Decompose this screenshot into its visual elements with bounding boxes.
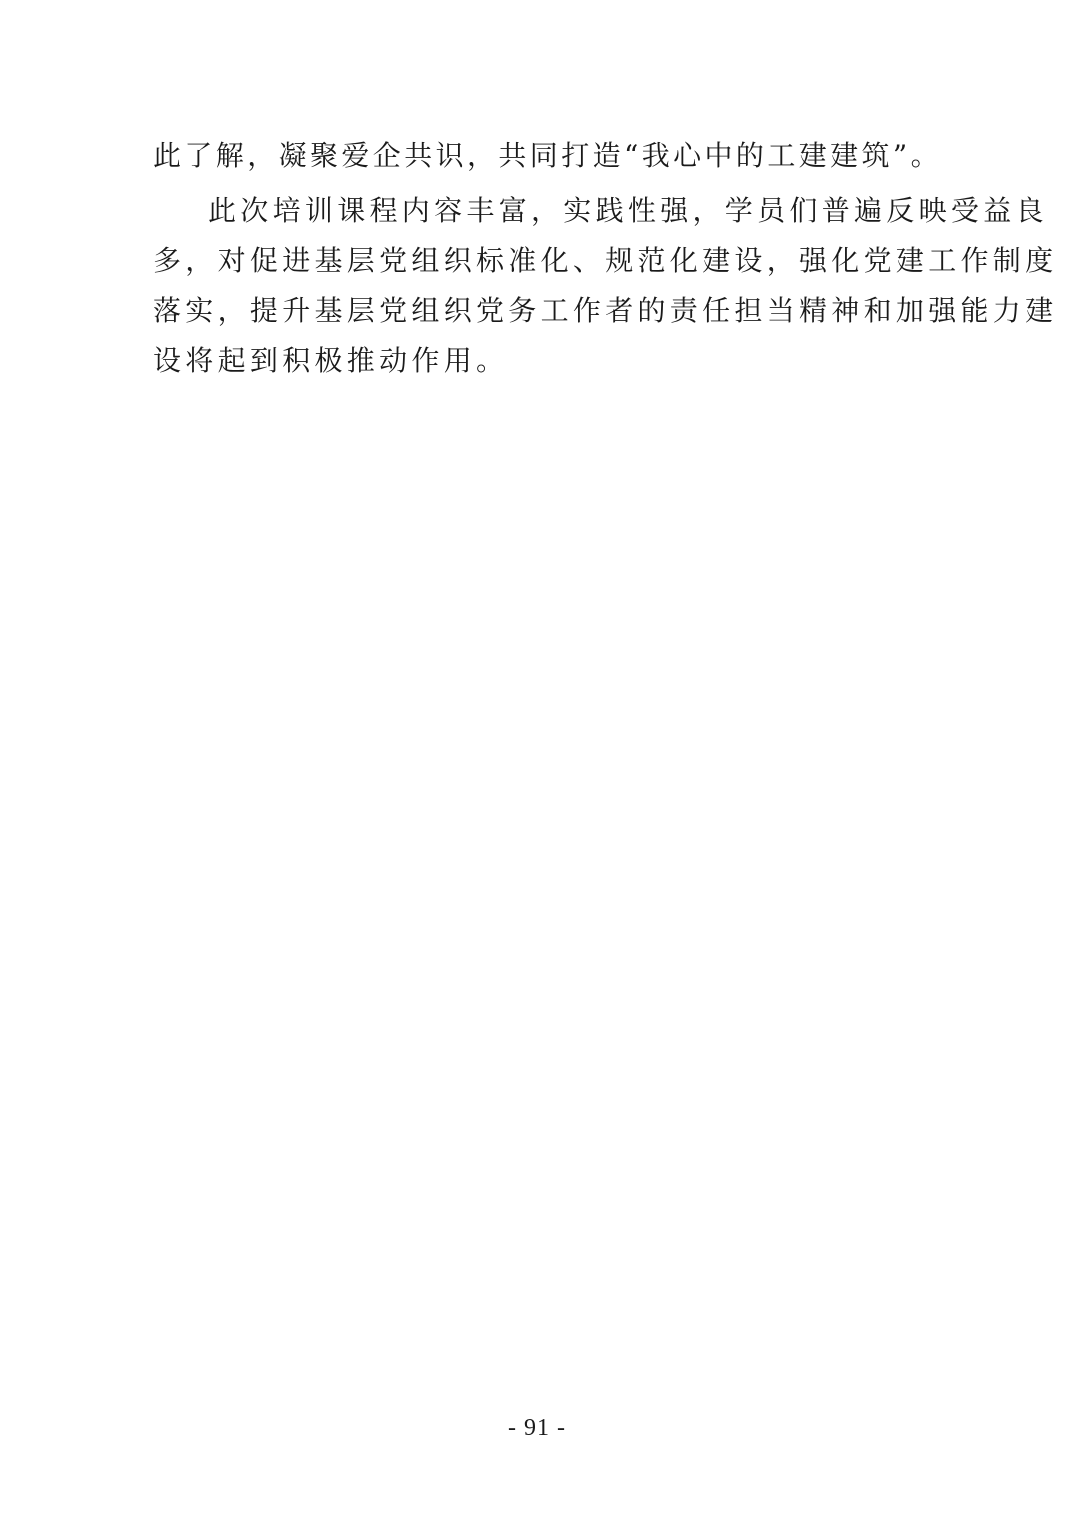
paragraph-2-line-1: 此次培训课程内容丰富，实践性强，学员们普遍反映受益良: [208, 193, 1048, 229]
paragraph-2-line-4: 设将起到积极推动作用。: [153, 343, 508, 379]
page-number: - 91 -: [0, 1413, 1074, 1443]
paragraph-2-line-2: 多，对促进基层党组织标准化、规范化建设，强化党建工作制度: [153, 243, 1057, 279]
paragraph-1-line-1: 此了解，凝聚爱企共识，共同打造“我心中的工建建筑”。: [153, 138, 942, 174]
paragraph-2-line-3: 落实，提升基层党组织党务工作者的责任担当精神和加强能力建: [153, 293, 1057, 329]
document-page: 此了解，凝聚爱企共识，共同打造“我心中的工建建筑”。 此次培训课程内容丰富，实践…: [0, 0, 1074, 1520]
